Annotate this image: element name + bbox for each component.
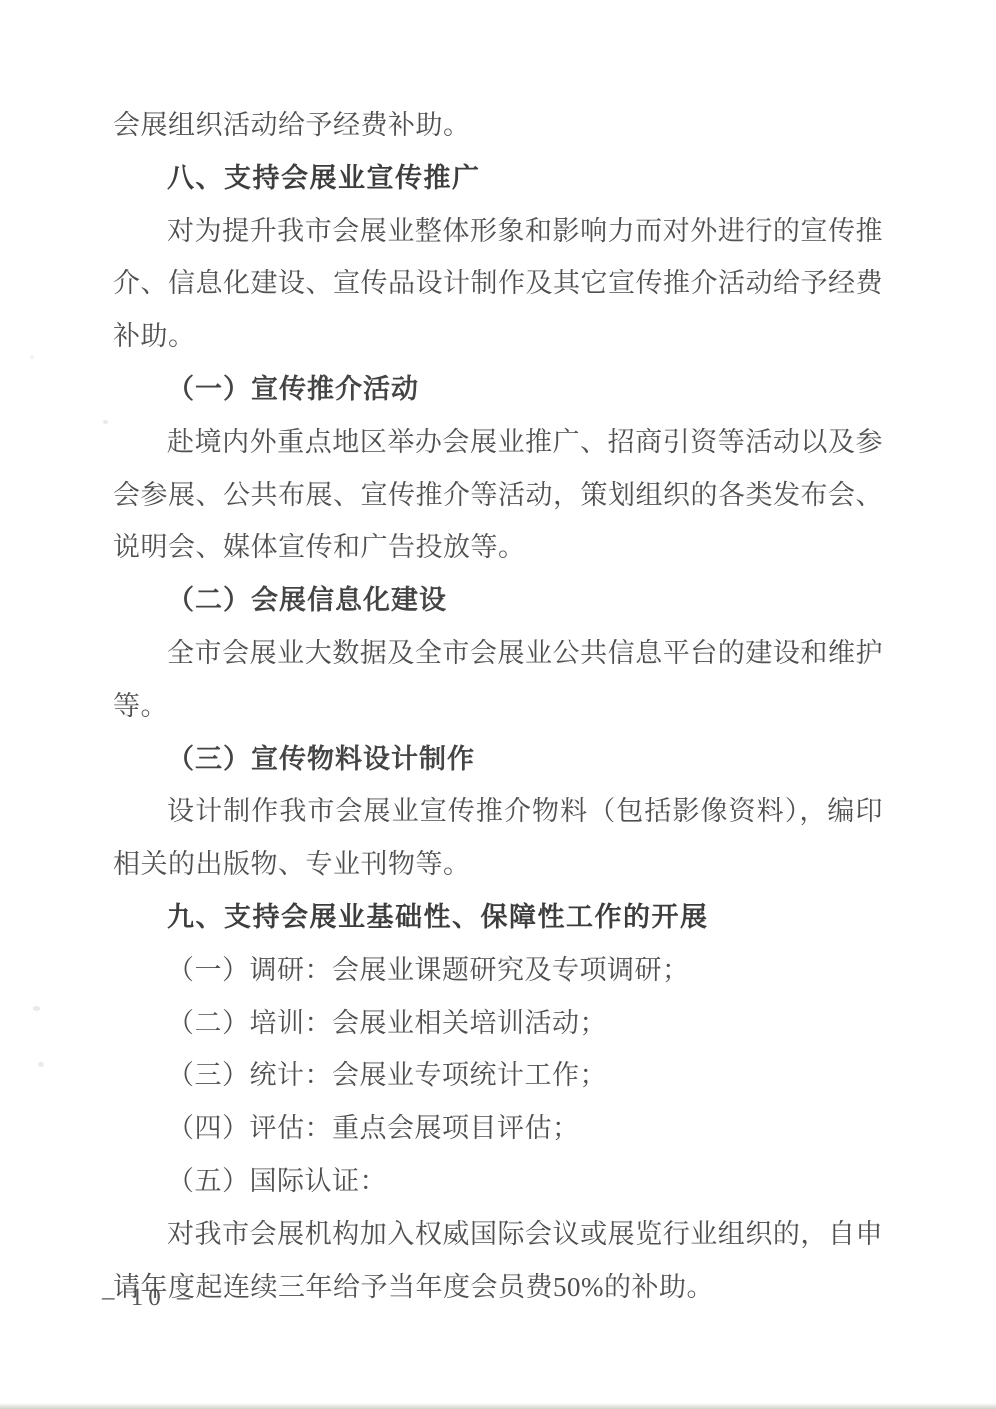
page-number: – 10 – [102, 1284, 195, 1312]
scan-speck [30, 355, 34, 359]
list-item: （四）评估：重点会展项目评估； [113, 1102, 883, 1155]
paragraph: 对为提升我市会展业整体形象和影响力而对外进行的宣传推介、信息化建设、宣传品设计制… [113, 205, 883, 363]
list-item: （一）调研：会展业课题研究及专项调研； [113, 944, 883, 997]
section-heading: 九、支持会展业基础性、保障性工作的开展 [113, 891, 883, 944]
scan-edge [0, 1403, 996, 1409]
sub-heading: （二）会展信息化建设 [113, 574, 883, 627]
paragraph: 赴境内外重点地区举办会展业推广、招商引资等活动以及参会参展、公共布展、宣传推介等… [113, 416, 883, 574]
scan-speck [103, 420, 108, 424]
sub-heading: （一）宣传推介活动 [113, 363, 883, 416]
text-block: 会展组织活动给予经费补助。 八、支持会展业宣传推广 对为提升我市会展业整体形象和… [113, 99, 883, 1313]
paragraph: 会展组织活动给予经费补助。 [113, 99, 883, 152]
list-item: （二）培训：会展业相关培训活动； [113, 997, 883, 1050]
scan-speck [38, 1062, 44, 1067]
list-item: （五）国际认证： [113, 1155, 883, 1208]
paragraph: 对我市会展机构加入权威国际会议或展览行业组织的，自申请年度起连续三年给予当年度会… [113, 1208, 883, 1314]
section-heading: 八、支持会展业宣传推广 [113, 152, 883, 205]
paragraph: 设计制作我市会展业宣传推介物料（包括影像资料），编印相关的出版物、专业刊物等。 [113, 785, 883, 891]
sub-heading: （三）宣传物料设计制作 [113, 733, 883, 786]
paragraph: 全市会展业大数据及全市会展业公共信息平台的建设和维护等。 [113, 627, 883, 733]
document-page: 会展组织活动给予经费补助。 八、支持会展业宣传推广 对为提升我市会展业整体形象和… [0, 0, 996, 1409]
list-item: （三）统计：会展业专项统计工作； [113, 1049, 883, 1102]
scan-speck [33, 1006, 40, 1011]
